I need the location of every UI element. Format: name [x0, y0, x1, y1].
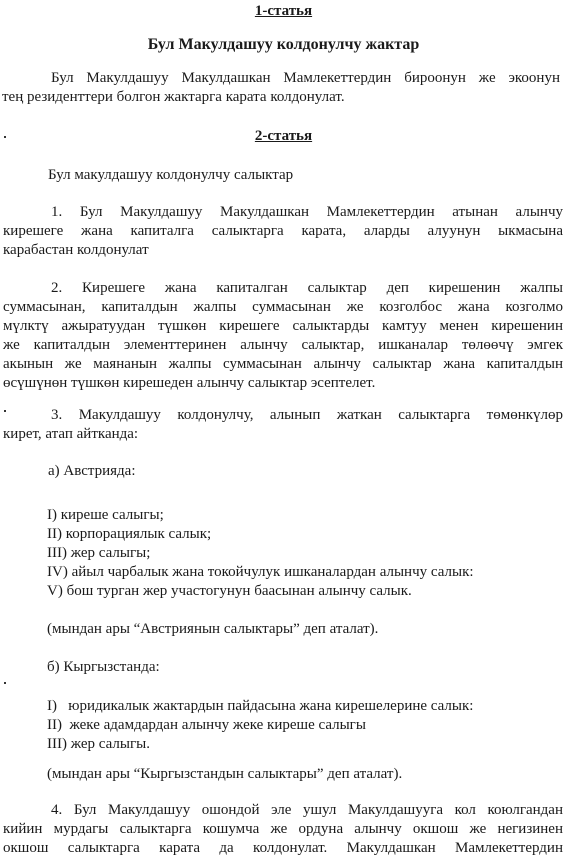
p1-line: карабастан колдонулат [3, 241, 149, 259]
p3-line: кирет, атап айтканда: [3, 425, 138, 443]
p2-line: суммасынан, капиталдын жалпы суммасынан … [3, 298, 563, 316]
p2-line: акынын же маянанын жалпы суммасынан алын… [3, 355, 563, 373]
austria-item: V) бош турган жер участогунун баасынан а… [47, 582, 412, 600]
article-2-intro: Бул макулдашуу колдонулчу салыктар [48, 166, 293, 184]
scan-speck [4, 682, 6, 684]
p4-line: окшош салыктарга карата да колдонулат. М… [3, 839, 563, 857]
austria-item: I) кирешe салыгы; [47, 506, 164, 524]
kyrgyzstan-item: I) юридикалык жактардын пайдасына жана к… [47, 697, 473, 715]
p2-line: мүлктү ажыратуудан түшкөн кирешеге салык… [3, 317, 563, 335]
p1-line: кирешеге жана капиталга салыктарга карат… [3, 222, 563, 240]
austria-item: III) жер салыгы; [47, 544, 150, 562]
p2-line: 2. Кирешеге жана капиталган салыктар деп… [3, 279, 563, 297]
p4-line: 4. Бул Макулдашуу ошондой эле ушул Макул… [3, 801, 563, 819]
austria-item: II) корпорациялык салык; [47, 525, 211, 543]
article-2-heading: 2-статья [0, 127, 567, 145]
austria-label: а) Австрияда: [48, 462, 136, 480]
austria-note: (мындан ары “Австриянын салыктары” деп а… [47, 620, 378, 638]
kyrgyzstan-label: б) Кыргызстанда: [47, 658, 160, 676]
kyrgyzstan-item: II) жеке адамдардан алынчу жеке киреше с… [47, 716, 366, 734]
article-1-heading: 1-статья [0, 2, 567, 20]
article-1-title: Бул Макулдашуу колдонулчу жактар [0, 36, 567, 54]
p2-line: же капиталдын элементтеринен алынчу салы… [3, 336, 563, 354]
kyrgyzstan-note: (мындан ары “Кыргызстандын салыктары” де… [47, 765, 402, 783]
p1-line: 1. Бул Макулдашуу Макулдашкан Мамлекетте… [3, 203, 563, 221]
article-1-para-line: Бул Макулдашуу Макулдашкан Мамлекеттерди… [3, 69, 563, 87]
kyrgyzstan-item: III) жер салыгы. [47, 735, 150, 753]
austria-item: IV) айыл чарбалык жана токойчулук ишкана… [47, 563, 474, 581]
article-1-para-line: тең резиденттери болгон жактарга карата … [2, 88, 345, 106]
p4-line: кийин мурдагы салыктарга кошумча же орду… [3, 820, 563, 838]
p2-line: өсүшүнөн түшкөн кирешеден алынчу салыкта… [3, 374, 375, 392]
p3-line: 3. Макулдашуу колдонулчу, алынып жаткан … [3, 406, 563, 424]
